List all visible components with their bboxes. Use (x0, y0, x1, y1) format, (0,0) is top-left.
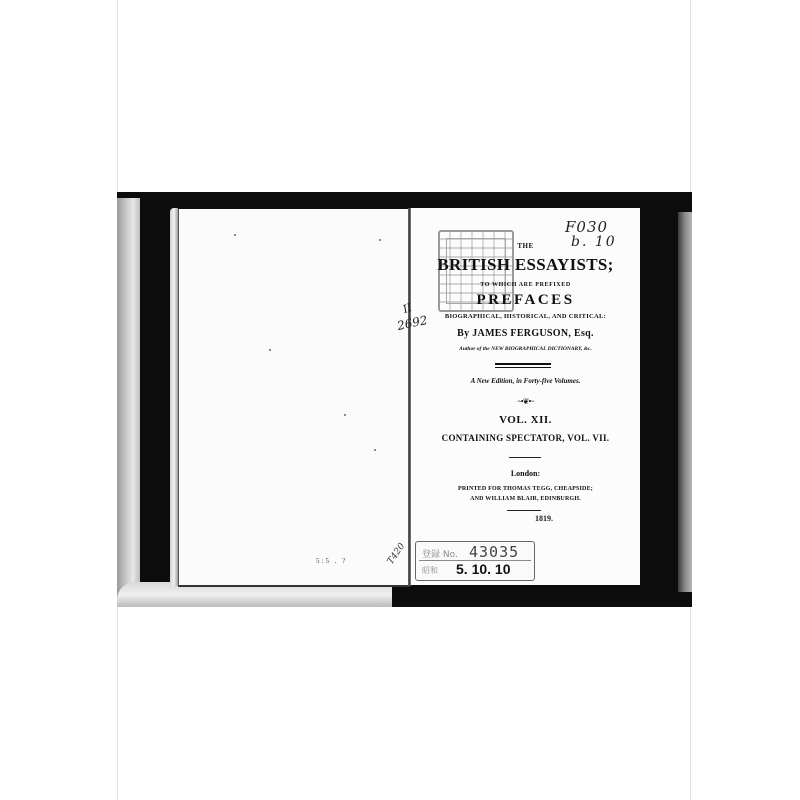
scanner-edge-right (678, 212, 692, 592)
title-page: THE BRITISH ESSAYISTS; TO WHICH ARE PREF… (411, 208, 640, 585)
pencil-note: T420 (386, 542, 407, 567)
bottom-marks: 5:5 . ? (316, 557, 347, 565)
descriptor-line: BIOGRAPHICAL, HISTORICAL, AND CRITICAL: (411, 313, 640, 320)
containing-line: CONTAINING SPECTATOR, VOL. VII. (411, 433, 640, 443)
book-title: BRITISH ESSAYISTS; (411, 255, 640, 275)
scanner-edge-left (117, 198, 140, 607)
accession-row: 登録 No. 43035 (419, 543, 531, 561)
double-rule-divider (495, 363, 551, 368)
speck (269, 349, 271, 351)
era-label: 昭和 (422, 565, 438, 576)
imprint-city: London: (411, 469, 640, 478)
page-stack-edge (170, 208, 178, 586)
speck (374, 449, 376, 451)
prefixed-line: TO WHICH ARE PREFIXED (411, 282, 640, 288)
left-page-blank: T420 5:5 . ? (178, 209, 409, 587)
book-scan: T420 5:5 . ? THE BRITISH ESSAYISTS; TO W… (117, 192, 692, 607)
speck (234, 234, 236, 236)
shelf-mark-line2: b. 10 (571, 234, 617, 250)
volume-number: VOL. XII. (411, 414, 640, 426)
prefaces-heading: PREFACES (411, 292, 640, 309)
accession-stamp: 登録 No. 43035 昭和 5. 10. 10 (415, 541, 535, 581)
publication-year: 1819. (535, 514, 553, 523)
accession-date: 5. 10. 10 (456, 561, 511, 577)
author-credentials: Author of the NEW BIOGRAPHICAL DICTIONAR… (411, 346, 640, 352)
short-rule-divider (509, 457, 541, 458)
printed-for-line: PRINTED FOR THOMAS TEGG, CHEAPSIDE; (411, 486, 640, 492)
short-rule-divider-2 (507, 510, 541, 511)
accession-label: 登録 No. (422, 547, 458, 560)
edition-line: A New Edition, in Forty-five Volumes. (411, 377, 640, 385)
ornament-divider-icon: ~•❦•~ (411, 397, 640, 406)
author-line: By JAMES FERGUSON, Esq. (411, 328, 640, 339)
accession-number: 43035 (469, 543, 519, 561)
printed-for-line-2: AND WILLIAM BLAIR, EDINBURGH. (411, 496, 640, 502)
speck (379, 239, 381, 241)
speck (344, 414, 346, 416)
